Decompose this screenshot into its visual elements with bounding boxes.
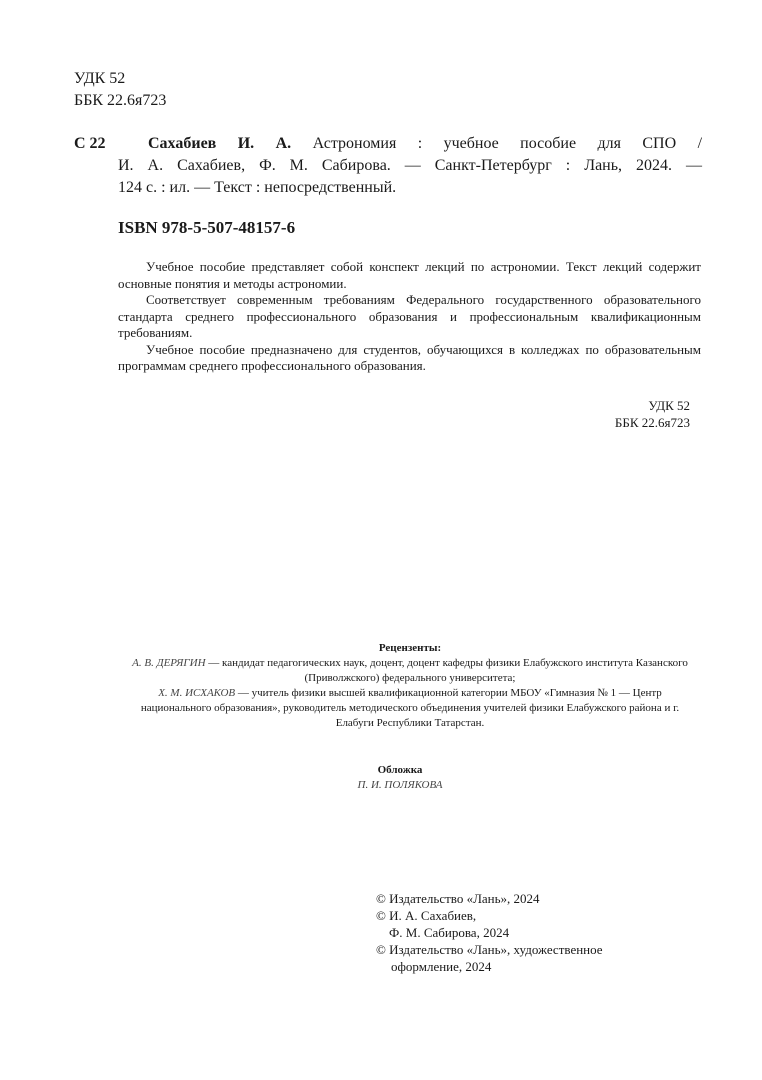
reviewer-name: А. В. ДЕРЯГИН bbox=[132, 657, 205, 669]
classification-top: УДК 52 ББК 22.6я723 bbox=[74, 68, 166, 112]
cover-designer: П. И. ПОЛЯКОВА bbox=[300, 778, 500, 793]
entry-line-1: Сахабиев И. А. Астрономия : учебное посо… bbox=[118, 133, 702, 155]
author-mark: С 22 bbox=[74, 133, 106, 155]
reviewer-description: — кандидат педагогических наук, доцент, … bbox=[206, 657, 688, 684]
copyright-line: © Издательство «Лань», художественное bbox=[376, 941, 603, 958]
annotation-paragraph: Учебное пособие представляет собой консп… bbox=[118, 259, 701, 292]
copyright-line: © Издательство «Лань», 2024 bbox=[376, 890, 603, 907]
reviewer-item: Х. М. ИСХАКОВ — учитель физики высшей кв… bbox=[130, 686, 690, 731]
reviewers-heading: Рецензенты: bbox=[130, 641, 690, 656]
copyright-line: © И. А. Сахабиев, bbox=[376, 907, 603, 924]
copyright-line: оформление, 2024 bbox=[376, 958, 603, 975]
copyright-block: © Издательство «Лань», 2024 © И. А. Саха… bbox=[376, 890, 603, 975]
cover-heading: Обложка bbox=[300, 763, 500, 778]
entry-line-3: 124 с. : ил. — Текст : непосредственный. bbox=[118, 177, 702, 199]
annotation: Учебное пособие представляет собой консп… bbox=[118, 259, 701, 375]
entry-line-2: И. А. Сахабиев, Ф. М. Сабирова. — Санкт-… bbox=[118, 155, 702, 177]
bibliographic-description: Сахабиев И. А. Астрономия : учебное посо… bbox=[118, 133, 702, 199]
reviewer-item: А. В. ДЕРЯГИН — кандидат педагогических … bbox=[130, 656, 690, 686]
cover-credit: Обложка П. И. ПОЛЯКОВА bbox=[300, 763, 500, 793]
annotation-paragraph: Учебное пособие предназначено для студен… bbox=[118, 342, 701, 375]
bbk-code: ББК 22.6я723 bbox=[74, 90, 166, 112]
classification-right: УДК 52 ББК 22.6я723 bbox=[560, 398, 690, 431]
reviewer-name: Х. М. ИСХАКОВ bbox=[158, 687, 235, 699]
udk-code: УДК 52 bbox=[74, 68, 166, 90]
entry-author: Сахабиев И. А. bbox=[148, 135, 291, 152]
reviewers-block: Рецензенты: А. В. ДЕРЯГИН — кандидат пед… bbox=[130, 641, 690, 731]
isbn: ISBN 978-5-507-48157-6 bbox=[118, 218, 295, 238]
bbk-code: ББК 22.6я723 bbox=[560, 415, 690, 432]
udk-code: УДК 52 bbox=[560, 398, 690, 415]
copyright-line: Ф. М. Сабирова, 2024 bbox=[376, 924, 603, 941]
annotation-paragraph: Соответствует современным требованиям Фе… bbox=[118, 292, 701, 342]
